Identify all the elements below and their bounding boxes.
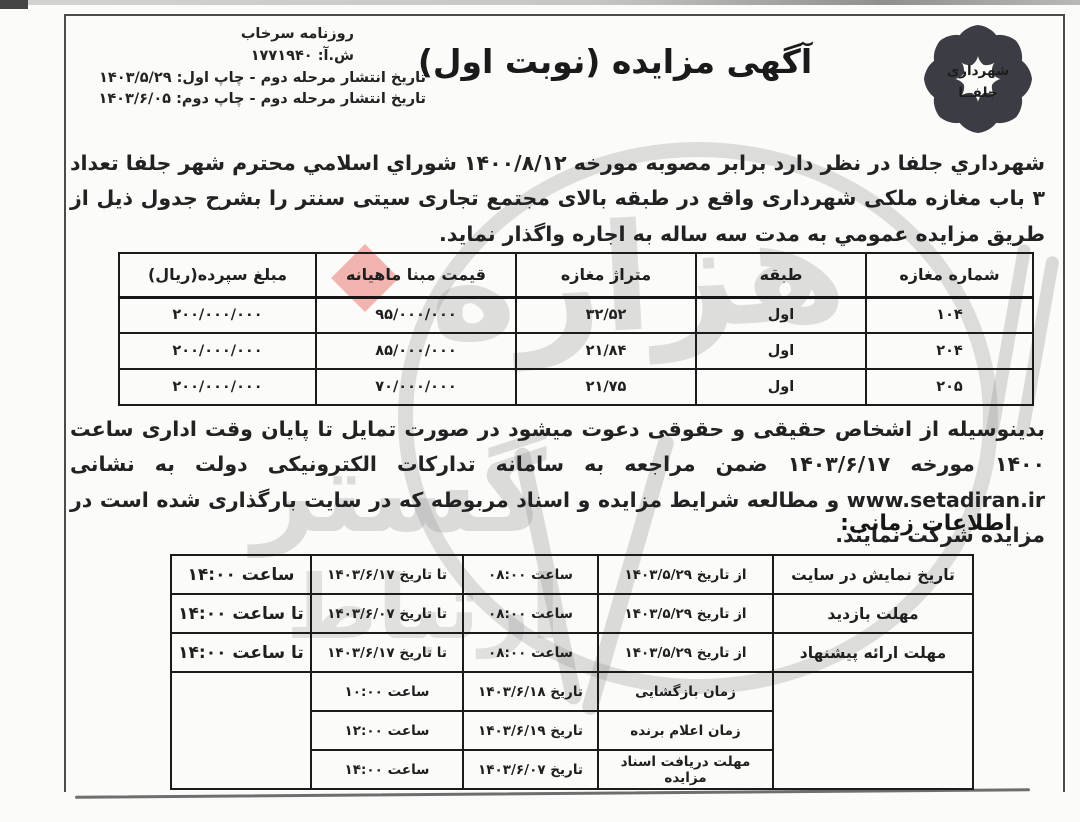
timing-date: تاریخ ۱۴۰۳/۶/۱۹: [463, 711, 598, 750]
newspaper-info: روزنامه سرخاب ش.آ: ۱۷۷۱۹۴۰ تاریخ انتشار …: [88, 24, 426, 111]
publish-date-second: تاریخ انتشار مرحله دوم - چاپ دوم: ۱۴۰۳/۶…: [88, 89, 426, 111]
ad-title: آگهی مزایده (نوبت اول): [415, 42, 815, 81]
logo-petals: [924, 25, 1033, 134]
timing-to-date: تا تاریخ ۱۴۰۳/۶/۰۷: [311, 594, 463, 633]
intro-paragraph: شهرداري جلفا در نظر دارد برابر مصوبه مور…: [70, 146, 1045, 252]
timing-to-date: تا تاریخ ۱۴۰۳/۶/۱۷: [311, 555, 463, 594]
timing-time: ساعت ۱۰:۰۰: [311, 672, 463, 711]
timing-to-date: تا تاریخ ۱۴۰۳/۶/۱۷: [311, 633, 463, 672]
shops-header-row: شماره مغازه طبقه متراژ مغازه قیمت مبنا م…: [119, 253, 1033, 297]
shops-header-area: متراژ مغازه: [516, 253, 696, 297]
timing-section-heading: اطلاعات زمانی:: [840, 511, 1012, 536]
timing-date: تاریخ ۱۴۰۳/۶/۱۸: [463, 672, 598, 711]
timing-label: تاریخ نمایش در سایت: [773, 555, 973, 594]
logo-text-line1: شهرداری: [947, 63, 1009, 79]
timing-label: مهلت ارائه پیشنهاد: [773, 633, 973, 672]
invitation-text-before: بدینوسیله از اشخاص حقیقی و حقوقی دعوت می…: [70, 417, 1045, 476]
shops-table: شماره مغازه طبقه متراژ مغازه قیمت مبنا م…: [118, 252, 1034, 406]
scan-corner-mark: [0, 0, 28, 9]
shop-number: ۱۰۴: [866, 297, 1033, 333]
timing-empty-cell: [171, 672, 311, 789]
shop-deposit: ۲۰۰/۰۰۰/۰۰۰: [119, 297, 316, 333]
timing-label: زمان بازگشایی: [598, 672, 773, 711]
timing-label: مهلت دریافت اسناد مزایده: [598, 750, 773, 789]
shops-header-shop-number: شماره مغازه: [866, 253, 1033, 297]
timing-from-date: از تاریخ ۱۴۰۳/۵/۲۹: [598, 633, 773, 672]
timing-from-time: ساعت ۰۸:۰۰: [463, 555, 598, 594]
newspaper-name: روزنامه سرخاب: [88, 24, 354, 46]
timing-label: زمان اعلام برنده: [598, 711, 773, 750]
shop-number: ۲۰۵: [866, 369, 1033, 405]
shops-header-deposit: مبلغ سپرده(ریال): [119, 253, 316, 297]
shop-deposit: ۲۰۰/۰۰۰/۰۰۰: [119, 369, 316, 405]
shops-row: ۱۰۴ اول ۳۲/۵۲ ۹۵/۰۰۰/۰۰۰ ۲۰۰/۰۰۰/۰۰۰: [119, 297, 1033, 333]
timing-table: تاریخ نمایش در سایت از تاریخ ۱۴۰۳/۵/۲۹ س…: [170, 554, 974, 790]
shops-header-base-price: قیمت مبنا ماهیانه: [316, 253, 516, 297]
timing-label: مهلت بازدید: [773, 594, 973, 633]
newspaper-ad-page: هزاره گستر ارتباط روزنامه سرخاب ش.آ: ۱۷۷…: [0, 0, 1080, 822]
shop-floor: اول: [696, 369, 866, 405]
shop-deposit: ۲۰۰/۰۰۰/۰۰۰: [119, 333, 316, 369]
timing-from-time: ساعت ۰۸:۰۰: [463, 594, 598, 633]
timing-row: مهلت ارائه پیشنهاد از تاریخ ۱۴۰۳/۵/۲۹ سا…: [171, 633, 973, 672]
municipality-logo: شهرداری جلفــا: [912, 18, 1044, 140]
timing-from-time: ساعت ۰۸:۰۰: [463, 633, 598, 672]
shop-base-price: ۸۵/۰۰۰/۰۰۰: [316, 333, 516, 369]
ad-serial-number: ش.آ: ۱۷۷۱۹۴۰: [88, 46, 354, 68]
shop-floor: اول: [696, 333, 866, 369]
timing-row: زمان بازگشایی تاریخ ۱۴۰۳/۶/۱۸ ساعت ۱۰:۰۰: [171, 672, 973, 711]
setadiran-url: www.setadiran.ir: [847, 488, 1045, 512]
timing-empty-cell: [773, 672, 973, 789]
shop-base-price: ۹۵/۰۰۰/۰۰۰: [316, 297, 516, 333]
timing-date: تاریخ ۱۴۰۳/۶/۰۷: [463, 750, 598, 789]
timing-to-time: تا ساعت ۱۴:۰۰: [171, 633, 311, 672]
scan-top-strip: [0, 0, 1080, 5]
timing-row: مهلت بازدید از تاریخ ۱۴۰۳/۵/۲۹ ساعت ۰۸:۰…: [171, 594, 973, 633]
shop-area: ۲۱/۷۵: [516, 369, 696, 405]
shop-base-price: ۷۰/۰۰۰/۰۰۰: [316, 369, 516, 405]
shop-area: ۳۲/۵۲: [516, 297, 696, 333]
shop-area: ۲۱/۸۴: [516, 333, 696, 369]
shops-row: ۲۰۵ اول ۲۱/۷۵ ۷۰/۰۰۰/۰۰۰ ۲۰۰/۰۰۰/۰۰۰: [119, 369, 1033, 405]
logo-text-line2: جلفــا: [958, 85, 997, 101]
shop-number: ۲۰۴: [866, 333, 1033, 369]
shop-floor: اول: [696, 297, 866, 333]
timing-time: ساعت ۱۴:۰۰: [311, 750, 463, 789]
timing-time: ساعت ۱۲:۰۰: [311, 711, 463, 750]
timing-from-date: از تاریخ ۱۴۰۳/۵/۲۹: [598, 555, 773, 594]
publish-date-first: تاریخ انتشار مرحله دوم - چاپ اول: ۱۴۰۳/۵…: [88, 68, 426, 90]
timing-from-date: از تاریخ ۱۴۰۳/۵/۲۹: [598, 594, 773, 633]
timing-to-time: تا ساعت ۱۴:۰۰: [171, 594, 311, 633]
shops-row: ۲۰۴ اول ۲۱/۸۴ ۸۵/۰۰۰/۰۰۰ ۲۰۰/۰۰۰/۰۰۰: [119, 333, 1033, 369]
timing-to-time: ساعت ۱۴:۰۰: [171, 555, 311, 594]
shops-header-floor: طبقه: [696, 253, 866, 297]
timing-row: تاریخ نمایش در سایت از تاریخ ۱۴۰۳/۵/۲۹ س…: [171, 555, 973, 594]
